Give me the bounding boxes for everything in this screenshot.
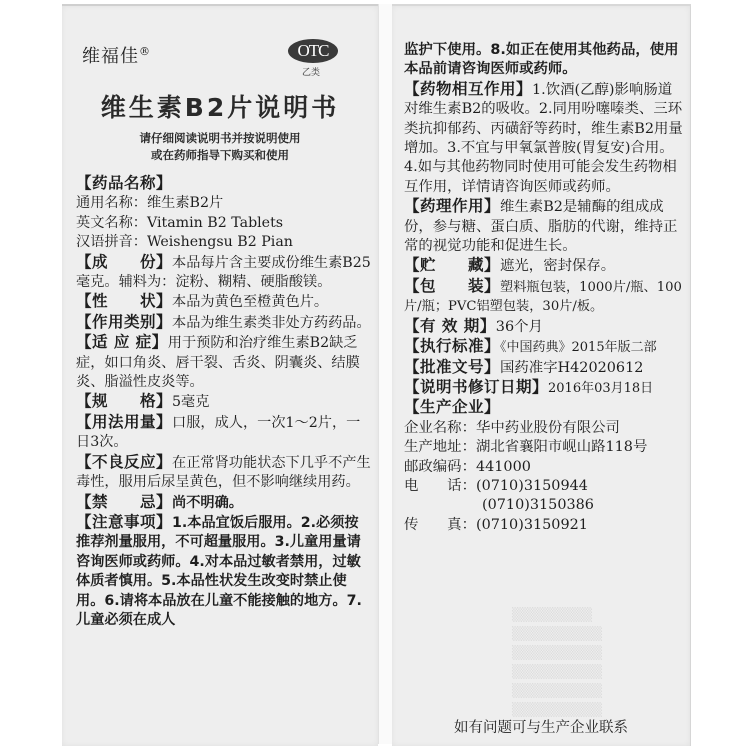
section-text: 《中国药典》2015年版二部 [500, 340, 657, 355]
brand-name: 维福佳® [82, 42, 151, 68]
section-revision-date: 【说明书修订日期】2016年03月18日 [404, 378, 684, 398]
section-pharmacology: 【药理作用】维生素B2是辅酶的组成成份，参与糖、蛋白质、脂肪的代谢，维持正常的视… [404, 197, 684, 256]
section-standard: 【执行标准】《中国药典》2015年版二部 [404, 337, 684, 357]
section-text: 本品为黄色至橙黄色片。 [172, 294, 328, 310]
section-header: 【说明书修订日期】 [404, 378, 548, 396]
field-label: 英文名称： [76, 214, 147, 233]
postcode-row: 邮政编码：441000 [404, 458, 684, 477]
section-header: 【批准文号】 [404, 358, 500, 376]
section-text: 36个月 [496, 319, 543, 335]
section-validity: 【有 效 期】36个月 [404, 317, 684, 337]
section-header: 【成 份】 [76, 253, 172, 271]
document-title: 维生素B2片说明书 [62, 88, 378, 124]
subtitle-line-2: 或在药师指导下购买和使用 [62, 147, 378, 163]
registered-mark-icon: ® [139, 45, 151, 58]
section-appearance: 【性 状】本品为黄色至橙黄色片。 [76, 292, 372, 312]
section-header: 【药理作用】 [404, 197, 500, 215]
field-label: 通用名称： [76, 194, 147, 213]
section-header: 【生产企业】 [404, 398, 500, 416]
brand-text: 维福佳 [82, 46, 139, 67]
english-name-row: 英文名称：Vitamin B2 Tablets [76, 214, 372, 233]
company-row: 企业名称：华中药业股份有限公司 [404, 419, 684, 438]
section-header: 【性 状】 [76, 292, 172, 310]
section-ingredients: 【成 份】本品每片含主要成份维生素B25毫克。辅料为：淀粉、糊精、硬脂酸镁。 [76, 253, 372, 293]
leaflet-right-panel: ▒▒▒▒▒▒▒▒▒▒▒▒▒▒▒▒▒▒▒▒▒▒▒▒▒▒▒▒▒▒▒▒▒▒▒▒▒▒▒▒… [392, 4, 691, 746]
field-value: 华中药业股份有限公司 [476, 420, 620, 436]
precautions-continued: 监护下使用。8.如正在使用其他药品，使用本品前请咨询医师或药师。 [404, 41, 684, 80]
field-value: 441000 [476, 459, 531, 475]
field-value: 湖北省襄阳市岘山路118号 [476, 439, 647, 455]
section-drug-name: 【药品名称】 通用名称：维生素B2片 英文名称：Vitamin B2 Table… [76, 174, 372, 253]
field-value: 维生素B2片 [147, 195, 223, 211]
section-header: 【贮 藏】 [404, 256, 500, 274]
section-storage: 【贮 藏】遮光，密封保存。 [404, 256, 684, 276]
fax-row: 传 真：(0710)3150921 [404, 516, 684, 535]
section-header: 【禁 忌】 [76, 493, 172, 511]
section-header: 【作用类别】 [76, 313, 172, 331]
section-header: 【执行标准】 [404, 337, 500, 355]
leaflet-left-panel: 维福佳® OTC 乙类 维生素B2片说明书 请仔细阅读说明书并按说明使用 或在药… [62, 4, 378, 746]
field-label: 邮政编码： [404, 458, 476, 477]
section-category: 【作用类别】本品为维生素类非处方药药品。 [76, 313, 372, 333]
phone-row-2: (0710)3150386 [404, 496, 684, 515]
section-header: 【不良反应】 [76, 453, 172, 471]
section-text: 1.本品宜饭后服用。2.必须按推荐剂量服用，不可超量服用。3.儿童用量请咨询医师… [76, 515, 362, 628]
field-label: 企业名称： [404, 419, 476, 438]
bleed-through-text: ▒▒▒▒▒▒▒▒▒▒▒▒▒▒▒▒▒▒▒▒▒▒▒▒▒▒▒▒▒▒▒▒▒▒▒▒▒▒▒▒… [512, 606, 672, 720]
subtitle-line-1: 请仔细阅读说明书并按说明使用 [62, 130, 378, 146]
section-text: 国药准字H42020612 [500, 360, 643, 376]
section-header: 【有 效 期】 [404, 317, 496, 335]
section-manufacturer: 【生产企业】 企业名称：华中药业股份有限公司 生产地址：湖北省襄阳市岘山路118… [404, 398, 684, 535]
section-approval: 【批准文号】国药准字H42020612 [404, 358, 684, 378]
section-indications: 【适 应 症】用于预防和治疗维生素B2缺乏症，如口角炎、唇干裂、舌炎、阴囊炎、结… [76, 333, 372, 392]
section-text: 尚不明确。 [172, 495, 243, 511]
contact-note: 如有问题可与生产企业联系 [392, 716, 690, 737]
section-adverse-reactions: 【不良反应】在正常肾功能状态下几乎不产生毒性，服用后尿呈黄色，但不影响继续用药。 [76, 453, 372, 493]
field-value: Weishengsu B2 Pian [147, 234, 293, 250]
field-label: 传 真： [404, 516, 476, 535]
section-text: 1.饮酒(乙醇)影响肠道对维生素B2的吸收。2.同用吩噻嗪类、三环类抗抑郁药、丙… [404, 82, 683, 195]
section-text: 2016年03月18日 [548, 381, 653, 396]
pinyin-row: 汉语拼音：Weishengsu B2 Pian [76, 233, 372, 252]
otc-badge: OTC [288, 39, 338, 63]
section-packaging: 【包 装】塑料瓶包装，1000片/瓶、100片/瓶；PVC铝塑包装，30片/板。 [404, 277, 684, 317]
section-header: 【包 装】 [404, 277, 500, 295]
section-interactions: 【药物相互作用】1.饮酒(乙醇)影响肠道对维生素B2的吸收。2.同用吩噻嗪类、三… [404, 80, 684, 197]
field-label: 生产地址： [404, 438, 476, 457]
section-header: 【药品名称】 [76, 174, 172, 192]
field-label: 电 话： [404, 477, 476, 496]
section-text: 5毫克 [172, 394, 209, 410]
section-dosage: 【用法用量】口服，成人，一次1～2片，一日3次。 [76, 413, 372, 453]
section-text: 遮光，密封保存。 [500, 258, 615, 274]
section-specification: 【规 格】5毫克 [76, 392, 372, 412]
field-value: (0710)3150944 [476, 478, 588, 494]
section-text: 本品为维生素类非处方药药品。 [172, 315, 371, 331]
right-body: 监护下使用。8.如正在使用其他药品，使用本品前请咨询医师或药师。 【药物相互作用… [404, 41, 684, 535]
phone-row: 电 话：(0710)3150944 [404, 477, 684, 496]
field-label: 汉语拼音： [76, 233, 147, 252]
section-header: 【规 格】 [76, 392, 172, 410]
section-contraindications: 【禁 忌】尚不明确。 [76, 493, 372, 513]
generic-name-row: 通用名称：维生素B2片 [76, 194, 372, 213]
section-header: 【用法用量】 [76, 413, 172, 431]
section-header: 【适 应 症】 [76, 333, 168, 351]
section-header: 【注意事项】 [76, 513, 172, 531]
left-body: 【药品名称】 通用名称：维生素B2片 英文名称：Vitamin B2 Table… [76, 174, 372, 630]
field-value: (0710)3150921 [476, 517, 588, 533]
otc-class-label: 乙类 [302, 65, 320, 78]
address-row: 生产地址：湖北省襄阳市岘山路118号 [404, 438, 684, 457]
field-value: Vitamin B2 Tablets [147, 215, 283, 231]
section-precautions: 【注意事项】1.本品宜饭后服用。2.必须按推荐剂量服用，不可超量服用。3.儿童用… [76, 513, 372, 630]
section-header: 【药物相互作用】 [404, 80, 532, 98]
